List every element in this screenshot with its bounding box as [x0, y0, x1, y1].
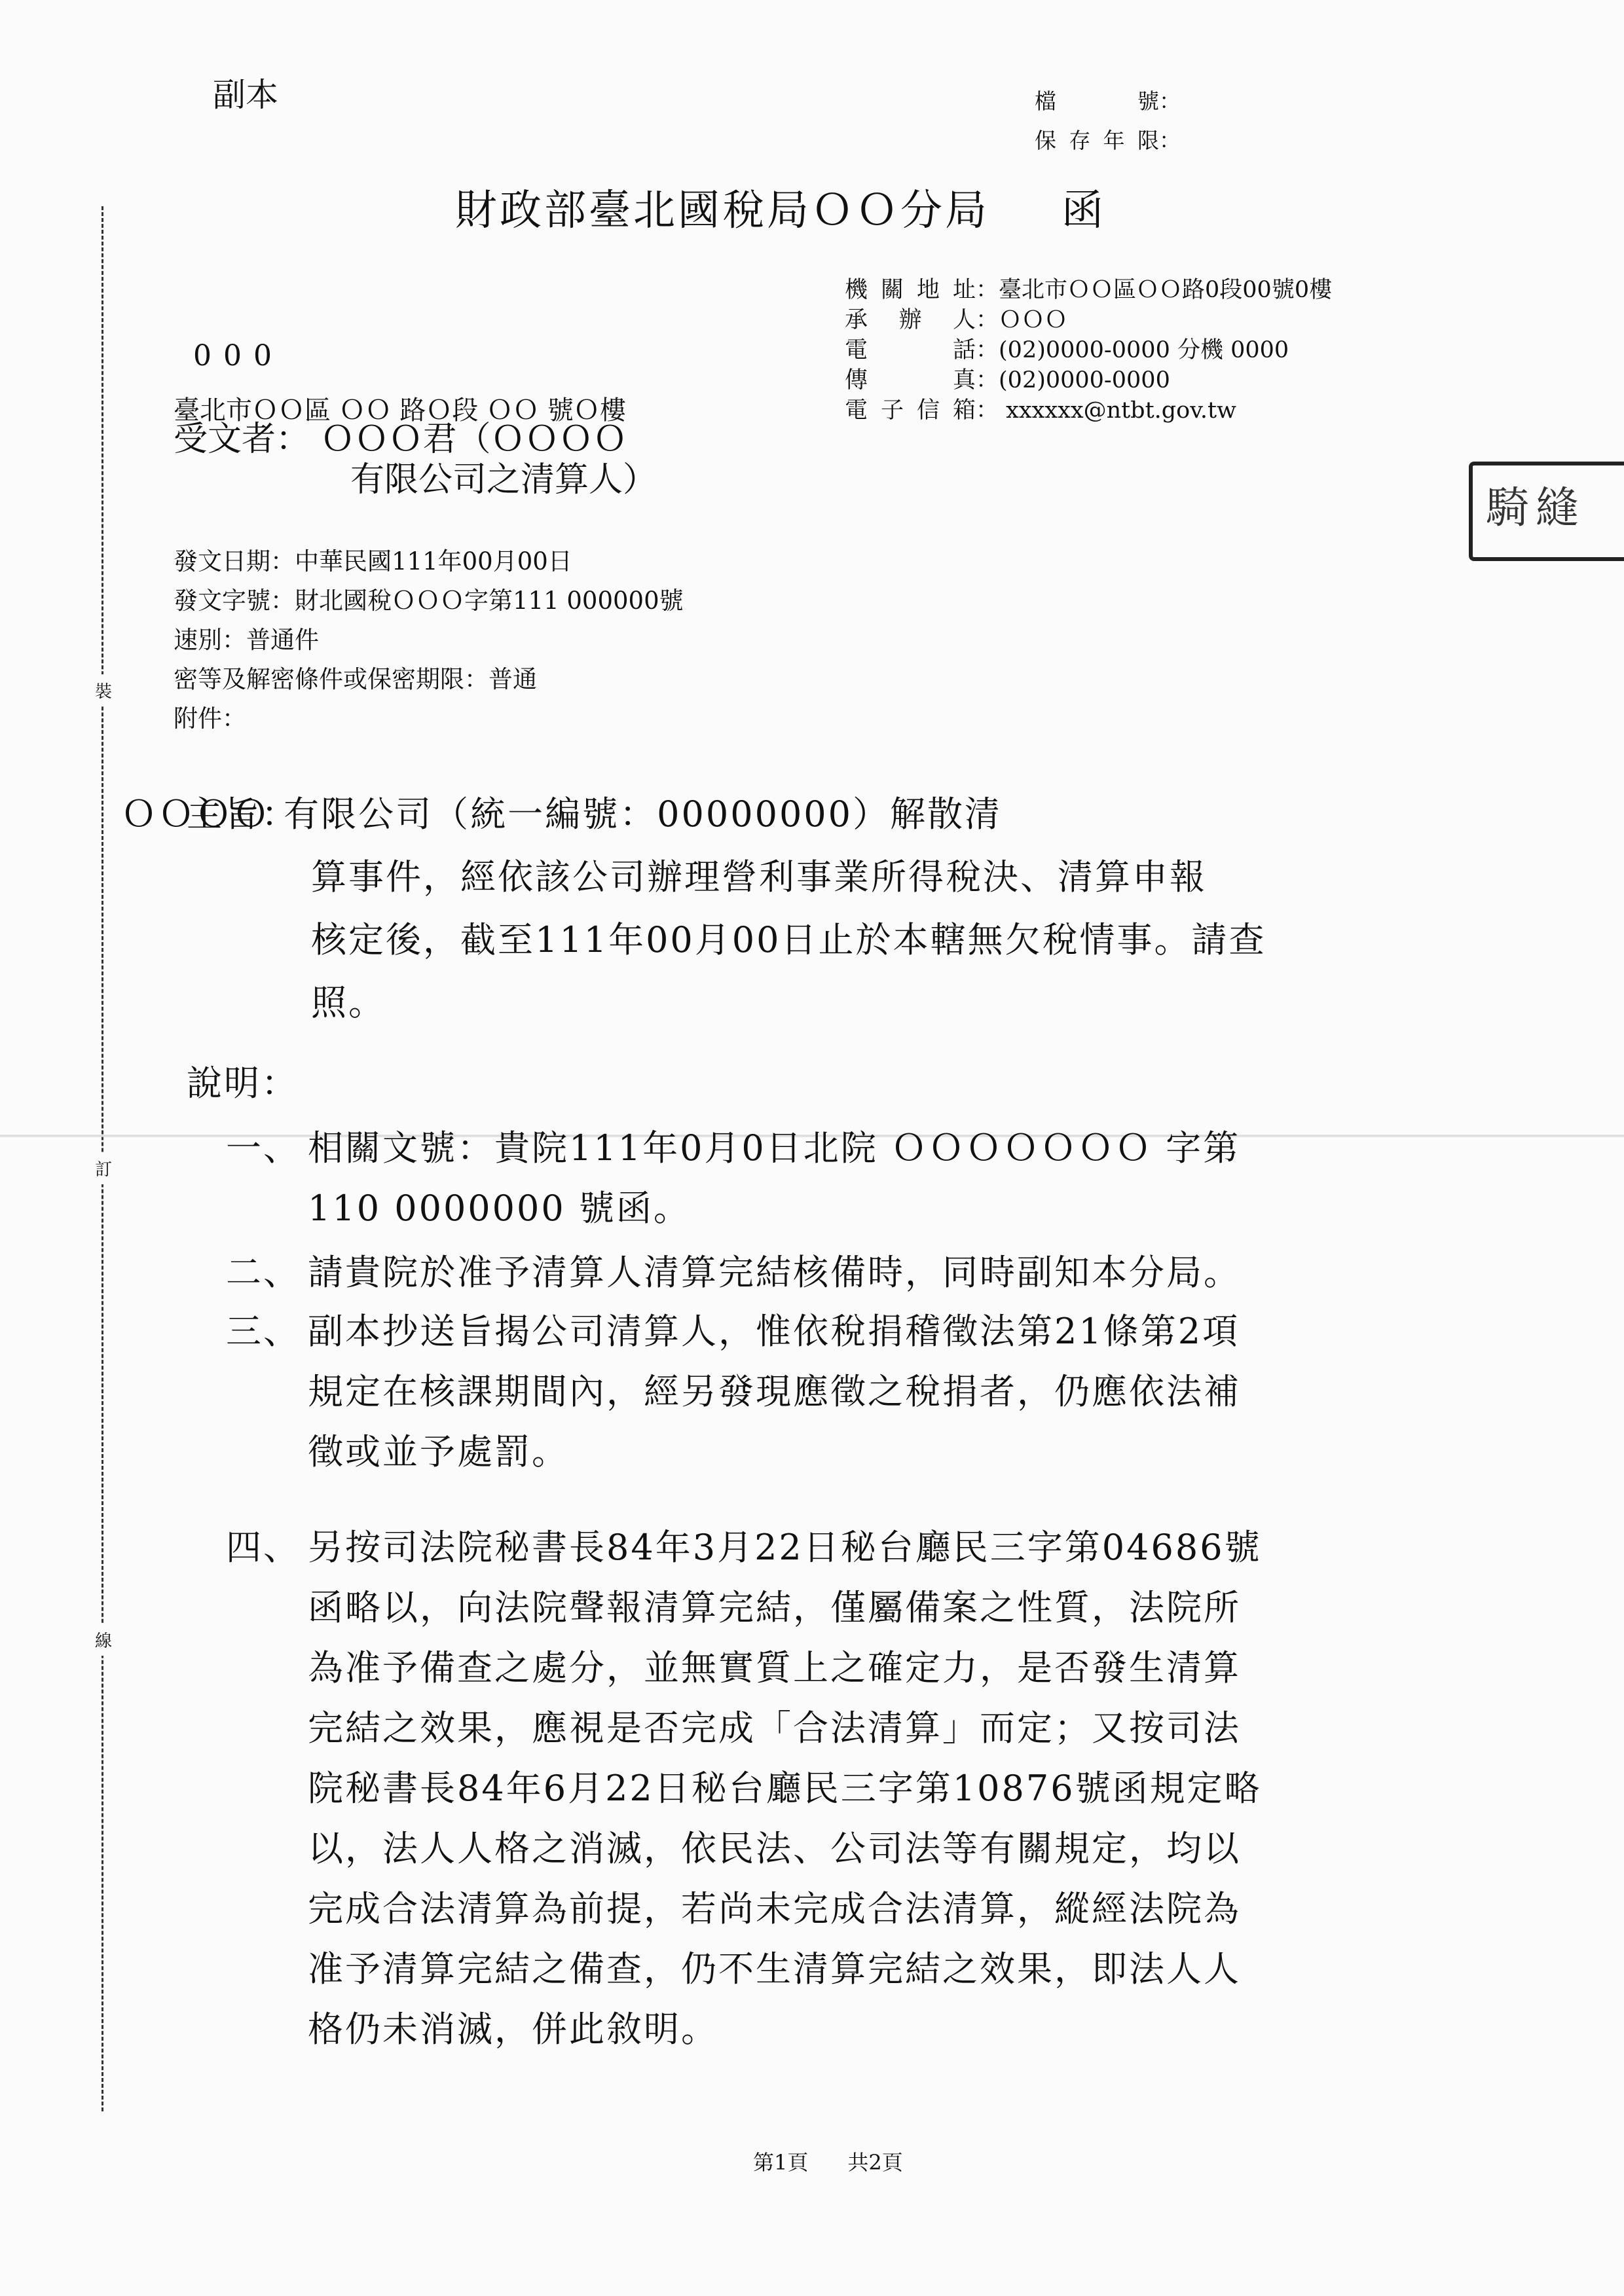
binding-mark-xian: 線: [92, 1624, 115, 1656]
attachments: 附件：: [174, 699, 684, 738]
recipient-zip: 000: [193, 339, 284, 373]
agency-name: 財政部臺北國稅局ＯＯ分局: [455, 187, 989, 235]
binding-mark-zhuang: 裝: [92, 674, 115, 706]
item-line: 完結之效果，應視是否完成「合法清算」而定；又按司法: [308, 1698, 1262, 1758]
dispatch-meta: 發文日期：中華民國111年00月00日 發文字號：財北國稅ＯＯＯ字第111 00…: [174, 542, 684, 738]
sender-fax-label: 傳真: [845, 365, 976, 395]
sender-handler-label: 承辦人: [845, 305, 976, 335]
explanation-label: 說明：: [187, 1055, 299, 1106]
sender-address-row: 機關地址：臺北市ＯＯ區ＯＯ路0段00號0樓: [845, 275, 1332, 305]
item-line: 徵或並予處罰。: [308, 1422, 1241, 1482]
sender-phone-value: (02)0000-0000 分機 0000: [999, 337, 1289, 363]
item-number: 四、: [226, 1518, 301, 1578]
sender-handler-row: 承辦人：ＯＯＯ: [845, 305, 1332, 335]
item-number: 三、: [226, 1302, 301, 1362]
item-line: 請貴院於准予清算人清算完結核備時，同時副知本分局。: [308, 1243, 1241, 1303]
sender-address-value: 臺北市ＯＯ區ＯＯ路0段00號0樓: [999, 277, 1332, 303]
item-number: 一、: [226, 1118, 301, 1178]
sender-fax-value: (02)0000-0000: [999, 367, 1170, 393]
sender-phone-label: 電話: [845, 335, 976, 365]
page-total: 共2頁: [847, 2150, 902, 2175]
page-footer: 第1頁共2頁: [753, 2146, 903, 2176]
item-line: 相關文號：貴院111年0月0日北院 ＯＯＯＯＯＯＯ 字第: [308, 1118, 1240, 1178]
dispatch-date: 發文日期：中華民國111年00月00日: [174, 542, 684, 581]
document-title: 財政部臺北國稅局ＯＯ分局函: [455, 177, 1106, 237]
sender-phone-row: 電話：(02)0000-0000 分機 0000: [845, 335, 1332, 365]
item-line: 函略以，向法院聲報清算完結，僅屬備案之性質，法院所: [308, 1578, 1262, 1638]
item-line: 為准予備查之處分，並無實質上之確定力，是否發生清算: [308, 1638, 1262, 1698]
item-number: 二、: [226, 1243, 301, 1303]
subject-line: 照。: [311, 972, 1266, 1034]
urgency: 速別：普通件: [174, 621, 684, 660]
item-line: 以，法人人格之消滅，依民法、公司法等有關規定，均以: [308, 1819, 1262, 1879]
file-number-row: 檔號：: [1035, 82, 1181, 121]
sender-email-label: 電子信箱: [845, 395, 976, 426]
retention-label: 保存年限: [1035, 121, 1159, 160]
sender-info: 機關地址：臺北市ＯＯ區ＯＯ路0段00號0樓 承辦人：ＯＯＯ 電話：(02)000…: [845, 275, 1332, 426]
sender-handler-value: ＯＯＯ: [999, 307, 1067, 333]
sender-email-row: 電子信箱： xxxxxx@ntbt.gov.tw: [845, 395, 1332, 426]
item-line: 完成合法清算為前提，若尚未完成合法清算，縱經法院為: [308, 1879, 1262, 1939]
item-line: 另按司法院秘書長84年3月22日秘台廳民三字第04686號: [308, 1518, 1262, 1578]
recipient-line-1: 受文者： ＯＯＯ君（ＯＯＯＯ: [174, 420, 627, 459]
sender-address-label: 機關地址: [845, 275, 976, 305]
sender-email-value: xxxxxx@ntbt.gov.tw: [1006, 397, 1236, 424]
item-body: 副本抄送旨揭公司清算人，惟依稅捐稽徵法第21條第2項 規定在核課期間內，經另發現…: [308, 1302, 1241, 1482]
item-body: 相關文號：貴院111年0月0日北院 ＯＯＯＯＯＯＯ 字第 110 0000000…: [308, 1118, 1240, 1239]
page-number: 第1頁: [753, 2150, 808, 2175]
subject-line: 算事件，經依該公司辦理營利事業所得稅決、清算申報: [311, 846, 1266, 909]
seam-stamp: 騎縫: [1469, 462, 1624, 561]
sender-fax-row: 傳真：(02)0000-0000: [845, 365, 1332, 395]
item-body: 另按司法院秘書長84年3月22日秘台廳民三字第04686號 函略以，向法院聲報清…: [308, 1518, 1262, 2060]
recipient-line-2: 有限公司之清算人）: [174, 460, 657, 500]
subject-body: ＯＯＯＯ 有限公司（統一編號：00000000）解散清 算事件，經依該公司辦理營…: [311, 783, 1266, 1034]
binding-mark-ding: 訂: [92, 1152, 115, 1184]
dispatch-number: 發文字號：財北國稅ＯＯＯ字第111 000000號: [174, 581, 684, 621]
item-line: 副本抄送旨揭公司清算人，惟依稅捐稽徵法第21條第2項: [308, 1302, 1241, 1362]
retention-row: 保存年限：: [1035, 121, 1181, 160]
item-line: 110 0000000 號函。: [308, 1178, 1240, 1239]
item-line: 院秘書長84年6月22日秘台廳民三字第10876號函規定略: [308, 1758, 1262, 1819]
item-line: 格仍未消滅，併此敘明。: [308, 1999, 1262, 2060]
document-kind: 函: [1061, 187, 1106, 235]
item-line: 准予清算完結之備查，仍不生清算完結之效果，即法人人: [308, 1939, 1262, 1999]
item-line: 規定在核課期間內，經另發現應徵之稅捐者，仍應依法補: [308, 1362, 1241, 1422]
recipient: 受文者： ＯＯＯ君（ＯＯＯＯ 有限公司之清算人）: [174, 419, 657, 500]
copy-label: 副本: [213, 69, 278, 116]
item-body: 請貴院於准予清算人清算完結核備時，同時副知本分局。: [308, 1243, 1241, 1303]
subject-line: 核定後，截至111年00月00日止於本轄無欠稅情事。請查: [311, 909, 1266, 972]
file-number-label: 檔號: [1035, 82, 1159, 121]
confidentiality: 密等及解密條件或保密期限：普通: [174, 660, 684, 699]
file-meta: 檔號： 保存年限：: [1035, 82, 1181, 160]
subject-line: ＯＯＯＯ 有限公司（統一編號：00000000）解散清: [59, 783, 1266, 846]
